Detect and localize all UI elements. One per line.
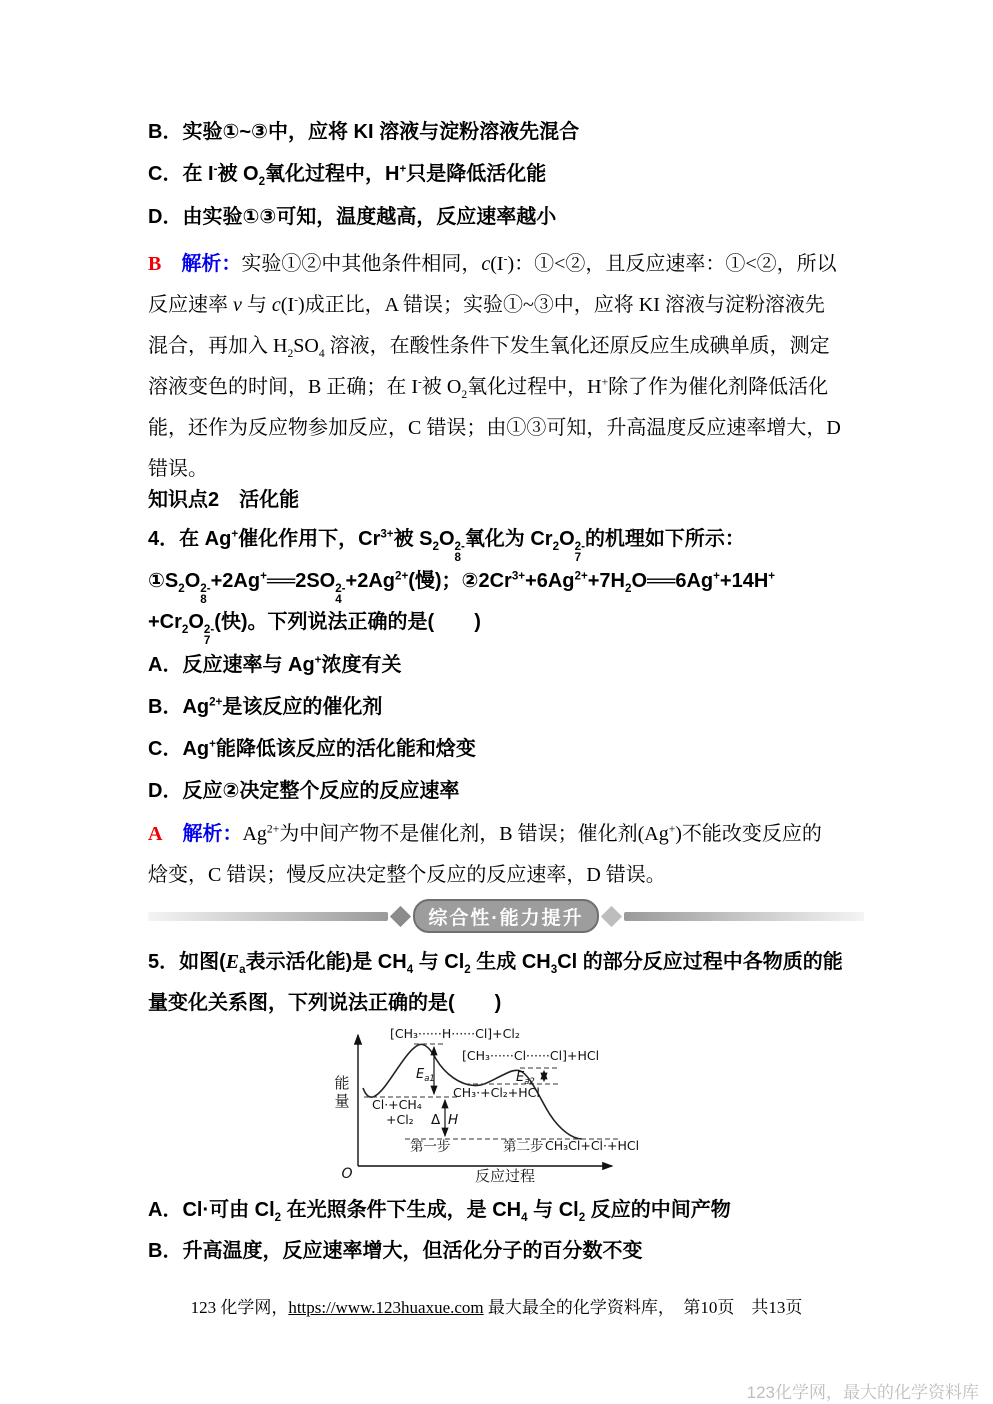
label-valley: CH₃·+Cl₂+HCl: [453, 1085, 540, 1100]
diamond-icon: [390, 905, 411, 926]
label-peak2: [CH₃······Cl······Cl]+HCl: [462, 1048, 599, 1063]
label-step1: 第一步: [410, 1138, 451, 1155]
q3-analysis-line: 溶液变色的时间，B 正确；在 I-被 O2氧化过程中，H+除了作为催化剂降低活化: [148, 373, 828, 401]
q3-option-c: C．在 I-被 O2氧化过程中，H+只是降低活化能: [148, 160, 546, 188]
label-ea1: Ea1: [416, 1067, 435, 1084]
label-start-2: +Cl₂: [386, 1112, 414, 1127]
q4-analysis-line: 焓变，C 错误；慢反应决定整个反应的反应速率，D 错误。: [148, 861, 666, 889]
label-start-1: Cl·+CH₄: [372, 1097, 422, 1112]
footer-url-link[interactable]: https://www.123huaxue.com: [288, 1298, 483, 1317]
q5-option-a: A．Cl·可由 Cl2 在光照条件下生成，是 CH4 与 Cl2 反应的中间产物: [148, 1196, 731, 1224]
banner-pill: 综合性·能力提升: [413, 899, 598, 933]
q4-analysis-line: A 解析：Ag2+为中间产物不是催化剂，B 错误；催化剂(Ag+)不能改变反应的: [148, 820, 822, 848]
section-banner: 综合性·能力提升: [148, 898, 864, 934]
watermark: 123化学网，最大的化学资料库: [747, 1378, 979, 1403]
q3-analysis-line: B 解析：实验①②中其他条件相同，c(I-)：①<②，且反应速率：①<②，所以: [148, 250, 837, 278]
banner-bar-right: [624, 912, 864, 921]
footer-pageinfo: 最大最全的化学资料库， 第10页 共13页: [484, 1298, 803, 1317]
energy-diagram: [CH₃······H······Cl]+Cl₂ [CH₃······Cl···…: [320, 1018, 685, 1193]
label-step2: 第二步: [503, 1138, 544, 1155]
y-axis-label-2: 量: [334, 1092, 349, 1110]
q3-option-d: D．由实验①③可知，温度越高，反应速率越小: [148, 203, 556, 231]
diamond-icon: [601, 905, 622, 926]
label-peak1: [CH₃······H······Cl]+Cl₂: [390, 1026, 520, 1041]
q5-stem-line2: 量变化关系图，下列说法正确的是( ): [148, 989, 501, 1017]
q3-analysis-line: 错误。: [148, 455, 208, 483]
q3-analysis-line: 反应速率 v 与 c(I-)成正比，A 错误；实验①~③中，应将 KI 溶液与淀…: [148, 291, 825, 319]
label-ea2: Ea2: [516, 1070, 535, 1087]
q3-analysis-line: 能，还作为反应物参加反应，C 错误；由①③可知，升高温度反应速率增大，D: [148, 414, 841, 442]
page-footer: 123 化学网，https://www.123huaxue.com 最大最全的化…: [0, 1296, 993, 1320]
q4-stem: 4．在 Ag+催化作用下，Cr3+被 S2O2-8氧化为 Cr2O2-7的机理如…: [148, 525, 745, 564]
page-content: B．实验①~③中，应将 KI 溶液与淀粉溶液先混合 C．在 I-被 O2氧化过程…: [148, 0, 864, 1404]
topic-heading: 知识点2 活化能: [148, 486, 299, 514]
y-axis-label-1: 能: [334, 1074, 349, 1092]
q5-stem-line1: 5．如图(Ea表示活化能)是 CH4 与 Cl2 生成 CH3Cl 的部分反应过…: [148, 948, 843, 976]
q4-equation-1: ①S2O2-8+2Ag+══2SO2-4+2Ag2+(慢)；②2Cr3++6Ag…: [148, 567, 775, 606]
q4-option-d: D．反应②决定整个反应的反应速率: [148, 777, 459, 805]
q4-option-c: C．Ag+能降低该反应的活化能和焓变: [148, 735, 476, 763]
q4-equation-2: +Cr2O2-7(快)。下列说法正确的是( ): [148, 608, 481, 647]
q4-option-b: B．Ag2+是该反应的催化剂: [148, 693, 382, 721]
q3-option-b: B．实验①~③中，应将 KI 溶液与淀粉溶液先混合: [148, 118, 579, 146]
document-page: B．实验①~③中，应将 KI 溶液与淀粉溶液先混合 C．在 I-被 O2氧化过程…: [0, 0, 993, 1404]
q5-option-b: B．升高温度，反应速率增大，但活化分子的百分数不变: [148, 1237, 642, 1265]
q4-option-a: A．反应速率与 Ag+浓度有关: [148, 651, 401, 679]
x-axis-label: 反应过程: [475, 1167, 535, 1185]
origin-label: O: [341, 1166, 352, 1182]
label-final: CH₃Cl+Cl·+HCl: [545, 1138, 639, 1153]
q3-analysis-line: 混合，再加入 H2SO4 溶液，在酸性条件下发生氧化还原反应生成碘单质，测定: [148, 332, 830, 360]
banner-bar-left: [148, 912, 388, 921]
footer-site: 123 化学网，: [191, 1298, 289, 1317]
